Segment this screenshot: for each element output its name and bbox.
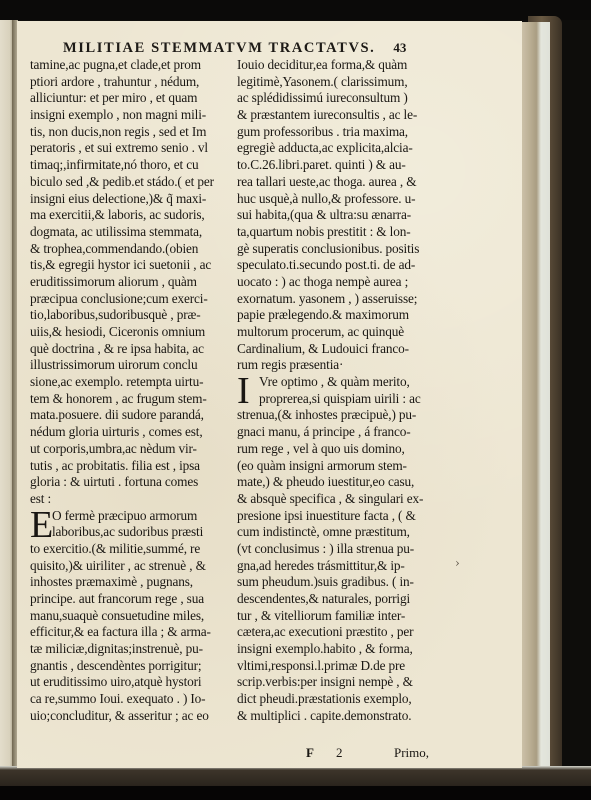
right-text-column: Iouio deciditur,ea forma,& quàmlegitimè,…: [237, 57, 443, 725]
book-board-bottom: [0, 766, 591, 786]
text-line: ut eruditissimo uiro,atquè hystori: [30, 674, 234, 691]
right-initial-paragraph: I Vre optimo , & quàm merito,proprerea,s…: [237, 374, 443, 724]
text-line: (eo quàm insigni armorum stem-: [237, 458, 443, 475]
book-cover-top: [0, 0, 591, 20]
text-line: mata.posuere. dii sudore parandá,: [30, 407, 234, 424]
text-line: insigni exemplo , non magni mili-: [30, 107, 234, 124]
text-line: gè superatis conclusionibus. positis: [237, 241, 443, 258]
text-line: gum professoribus . tria maxima,: [237, 124, 443, 141]
text-line: sui habita,(qua & ultra:su ænarra-: [237, 207, 443, 224]
text-line: Iouio deciditur,ea forma,& quàm: [237, 57, 443, 74]
text-line: rum rege , vel à quo uis domino,: [237, 441, 443, 458]
text-line: cætera,ac executioni præstito , per: [237, 624, 443, 641]
text-line: gnantis , descendèntes porrigitur;: [30, 658, 234, 675]
text-line: sum pheudum.)suis gradibus. ( in-: [237, 574, 443, 591]
text-line: tem & honorem , ac frugum stem-: [30, 391, 234, 408]
text-line: sione,ac exemplo. retempta uirtu-: [30, 374, 234, 391]
text-line: rea tallari ueste,ac thoga. aurea , &: [237, 174, 443, 191]
text-line: speculato.ti.secundo post.ti. de ad-: [237, 257, 443, 274]
text-line: tæ miliciæ,dignitas;instrenuè, pu-: [30, 641, 234, 658]
text-line: proprerea,si quispiam uirili : ac: [237, 391, 443, 408]
text-line: nédum gloria uirturis , comes est,: [30, 424, 234, 441]
text-line: est :: [30, 491, 234, 508]
page-edges: [520, 22, 550, 774]
catchword: Primo,: [394, 745, 429, 761]
text-line: manu,suaquè consuetudine miles,: [30, 608, 234, 625]
text-line: inhostes præmaximè , pugnans,: [30, 574, 234, 591]
text-line: (vt conclusimus : ) illa strenua pu-: [237, 541, 443, 558]
text-line: ut corporis,umbra,ac nèdum vir-: [30, 441, 234, 458]
page-footer: F 2 Primo,: [306, 745, 429, 761]
text-line: ptiori ardore , trahuntur , nédum,: [30, 74, 234, 91]
text-line: laboribus,ac sudoribus præsti: [30, 524, 234, 541]
text-line: ac splédidissimú iureconsultum ): [237, 90, 443, 107]
text-line: cum indistinctè, omne præstitum,: [237, 524, 443, 541]
left-initial-paragraph: E O fermè præcipuo armorumlaboribus,ac s…: [30, 508, 234, 725]
text-line: exornatum. yasonem , ) asseruisse;: [237, 291, 443, 308]
background-bottom: [0, 786, 591, 800]
text-line: tio,laboribus,sudoribusquè , præ-: [30, 307, 234, 324]
text-line: tis, non ducis,non regis , sed et Im: [30, 124, 234, 141]
text-line: biculo sed ,& pedib.et stádo.( et per: [30, 174, 234, 191]
drop-cap-initial: I: [237, 374, 250, 408]
text-line: legitimè,Yasonem.( clarissimum,: [237, 74, 443, 91]
text-line: to.C.26.libri.paret. quinti ) & au-: [237, 157, 443, 174]
text-line: dict pheudi.præstationis exemplo,: [237, 691, 443, 708]
text-line: egregiè adducta,ac explicita,alcia-: [237, 140, 443, 157]
marginal-mark: ›: [455, 556, 460, 570]
text-line: Cardinalium, & Ludouici franco-: [237, 341, 443, 358]
text-line: uio;concluditur, & asseritur ; ac eo: [30, 708, 234, 725]
text-line: gna,ad heredes trásmittitur,& ip-: [237, 558, 443, 575]
text-line: multorum procerum, ac quinquè: [237, 324, 443, 341]
text-line: Vre optimo , & quàm merito,: [237, 374, 443, 391]
text-line: tamine,ac pugna,et clade,et prom: [30, 57, 234, 74]
text-line: ta,quartum nobis prestitit : & lon-: [237, 224, 443, 241]
signature-number: 2: [336, 745, 394, 761]
text-line: huc usquè,à nullo,& professore. u-: [237, 191, 443, 208]
text-line: & absquè specifica , & singulari ex-: [237, 491, 443, 508]
text-line: strenua,(& inhostes præcipuè,) pu-: [237, 407, 443, 424]
text-line: gloria : & uirtuti . fortuna comes: [30, 474, 234, 491]
text-line: peratoris , et sui extremo senio . vl: [30, 140, 234, 157]
text-line: tutis , ac probitatis. filia est , ipsa: [30, 458, 234, 475]
signature-mark: F: [306, 745, 336, 761]
text-line: illustrissimorum uirorum conclu: [30, 357, 234, 374]
text-line: insigni eius delectione,)& q̃ maxi-: [30, 191, 234, 208]
text-line: tis,& egregii hystor ici suetonii , ac: [30, 257, 234, 274]
text-line: præcipua conclusione;cum exerci-: [30, 291, 234, 308]
text-line: rum regis præsentia·: [237, 357, 443, 374]
text-line: eruditissimorum aliorum , quàm: [30, 274, 234, 291]
text-line: efficitur,& ea factura illa ; & arma-: [30, 624, 234, 641]
text-line: ca re,summo Ioui. exequato . ) Io-: [30, 691, 234, 708]
running-title: MILITIAE STEMMATVM TRACTATVS.: [63, 40, 375, 57]
left-column-lines: tamine,ac pugna,et clade,et promptiori a…: [30, 57, 234, 508]
text-line: scrip.verbis:per insigni nempè , &: [237, 674, 443, 691]
text-line: gnaci manu, á principe , á franco-: [237, 424, 443, 441]
text-line: & multiplici . capite.demonstrato.: [237, 708, 443, 725]
text-line: O fermè præcipuo armorum: [30, 508, 234, 525]
text-line: uiis,& hesiodi, Ciceronis omnium: [30, 324, 234, 341]
text-line: alliciuntur: et per miro , et quam: [30, 90, 234, 107]
text-line: & trophea,commendando.(obien: [30, 241, 234, 258]
right-column-lines: Iouio deciditur,ea forma,& quàmlegitimè,…: [237, 57, 443, 374]
text-line: què doctrina , & re ipsa habita, ac: [30, 341, 234, 358]
text-line: vltimi,responsi.l.primæ D.de pre: [237, 658, 443, 675]
text-line: papie prælegendo.& maximorum: [237, 307, 443, 324]
text-line: mate,) & pheudo iuestitur,eo casu,: [237, 474, 443, 491]
text-line: descendentes,& naturales, porrigi: [237, 591, 443, 608]
text-line: tur , & vitelliorum familiæ inter-: [237, 608, 443, 625]
page-number: 43: [393, 40, 406, 56]
text-line: quisito,)& uiriliter , ac strenuè , &: [30, 558, 234, 575]
text-line: timaq;,infirmitate,nó thoro, et cu: [30, 157, 234, 174]
text-line: insigni exemplo.habito , & forma,: [237, 641, 443, 658]
left-text-column: tamine,ac pugna,et clade,et promptiori a…: [30, 57, 234, 725]
text-line: presione ipsi inuestiture facta , ( &: [237, 508, 443, 525]
text-line: & præstantem iureconsultis , ac le-: [237, 107, 443, 124]
text-line: ma exercitii,& laboris, ac sudoris,: [30, 207, 234, 224]
text-line: principe. aut francorum rege , sua: [30, 591, 234, 608]
text-line: to exercitio.(& militie,summé, re: [30, 541, 234, 558]
text-line: dogmata, ac utilissima stemmata,: [30, 224, 234, 241]
drop-cap-initial: E: [30, 508, 53, 542]
text-line: uocato : ) ac thoga nempè aurea ;: [237, 274, 443, 291]
